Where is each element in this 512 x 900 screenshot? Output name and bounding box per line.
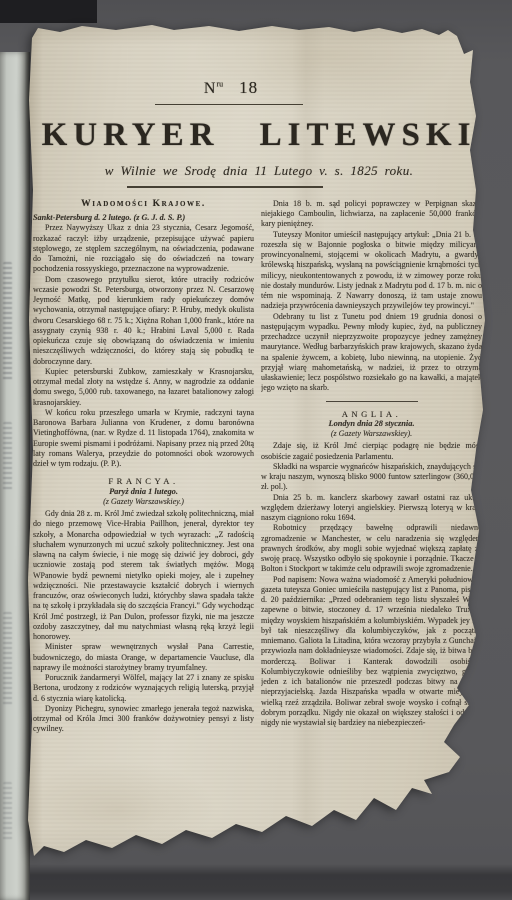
placedate-block: Paryż dnia 1 lutego.	[33, 487, 254, 497]
ghost-text-fragment	[3, 262, 12, 382]
source-block: (z Gazety Warszawskiey.)	[33, 497, 254, 507]
paper-sheet: Nru18 KURYER LITEWSKI w Wilnie we Srodę …	[24, 20, 494, 878]
country-block: FRANCYA.	[33, 476, 254, 486]
body-block: Tuteyszy Monitor umieścił następujący ar…	[261, 230, 482, 312]
masthead-rule-bottom	[127, 186, 323, 187]
body-block: Odebrany tu list z Tunetu pod dniem 19 g…	[261, 312, 482, 394]
kicker-block: Wiadomości Krajowe.	[33, 199, 254, 209]
ghost-text-fragment	[3, 422, 12, 492]
left-column: Wiadomości Krajowe.Sankt-Petersburg d. 2…	[33, 199, 254, 781]
issue-number: Nru18	[24, 78, 438, 98]
body-block: Składki na wsparcie wygnańców hiszpański…	[261, 462, 482, 493]
ghost-text-fragment	[3, 612, 12, 707]
scan-background: Nru18 KURYER LITEWSKI w Wilnie we Srodę …	[0, 0, 512, 900]
ghost-text-fragment	[3, 782, 12, 842]
edition-dateline: w Wilnie we Srodę dnia 11 Lutego v. s. 1…	[24, 163, 494, 179]
body-block: Gdy dnia 28 z. m. Król Jmć zwiedzał szko…	[33, 509, 254, 642]
dateline-block: Sankt-Petersburg d. 2 lutego. (z G. J. d…	[33, 213, 254, 223]
body-block: Porucznik żandarmeryi Wölfel, mający lat…	[33, 673, 254, 704]
body-block: Dnia 18 b. m. sąd policyi poprawczey w P…	[261, 199, 482, 230]
body-block: Robotnicy przędzący bawełnę odprawili ni…	[261, 523, 482, 574]
newspaper-page: Nru18 KURYER LITEWSKI w Wilnie we Srodę …	[24, 20, 494, 878]
country-block: ANGLIA.	[261, 409, 482, 419]
right-column: Dnia 18 b. m. sąd policyi poprawczey w P…	[261, 199, 482, 781]
body-block: Dom czasowego przytułku sierot, które ut…	[33, 275, 254, 367]
body-block: Pod napisem: Nowa ważna wiadomość z Amer…	[261, 575, 482, 729]
body-block: Kupiec petersburski Zubkow, zamieszkały …	[33, 367, 254, 408]
body-block: Minister spraw wewnętrznych wysłał Pana …	[33, 642, 254, 673]
masthead-rule-top	[155, 104, 303, 105]
body-block: Dnia 25 b. m. kanclerz skarbowy zawarł o…	[261, 493, 482, 524]
body-block: Zdaje się, iż Król Jmć cierpiąc podagrę …	[261, 441, 482, 462]
body-block: Przez Naywyższy Ukaz z dnia 23 stycznia,…	[33, 223, 254, 274]
body-block: Dyonizy Pichegru, synowiec zmarłego jene…	[33, 704, 254, 735]
masthead: Nru18 KURYER LITEWSKI w Wilnie we Srodę …	[24, 20, 494, 188]
body-block: W końcu roku przeszłego umarła w Krymie,…	[33, 408, 254, 470]
source-block: (z Gazety Warszawskiey).	[261, 429, 482, 439]
column-area: Wiadomości Krajowe.Sankt-Petersburg d. 2…	[24, 188, 494, 781]
placedate-block: Londyn dnia 28 stycznia.	[261, 419, 482, 429]
masthead-title: KURYER LITEWSKI	[24, 117, 494, 154]
rulec-block	[326, 401, 418, 402]
